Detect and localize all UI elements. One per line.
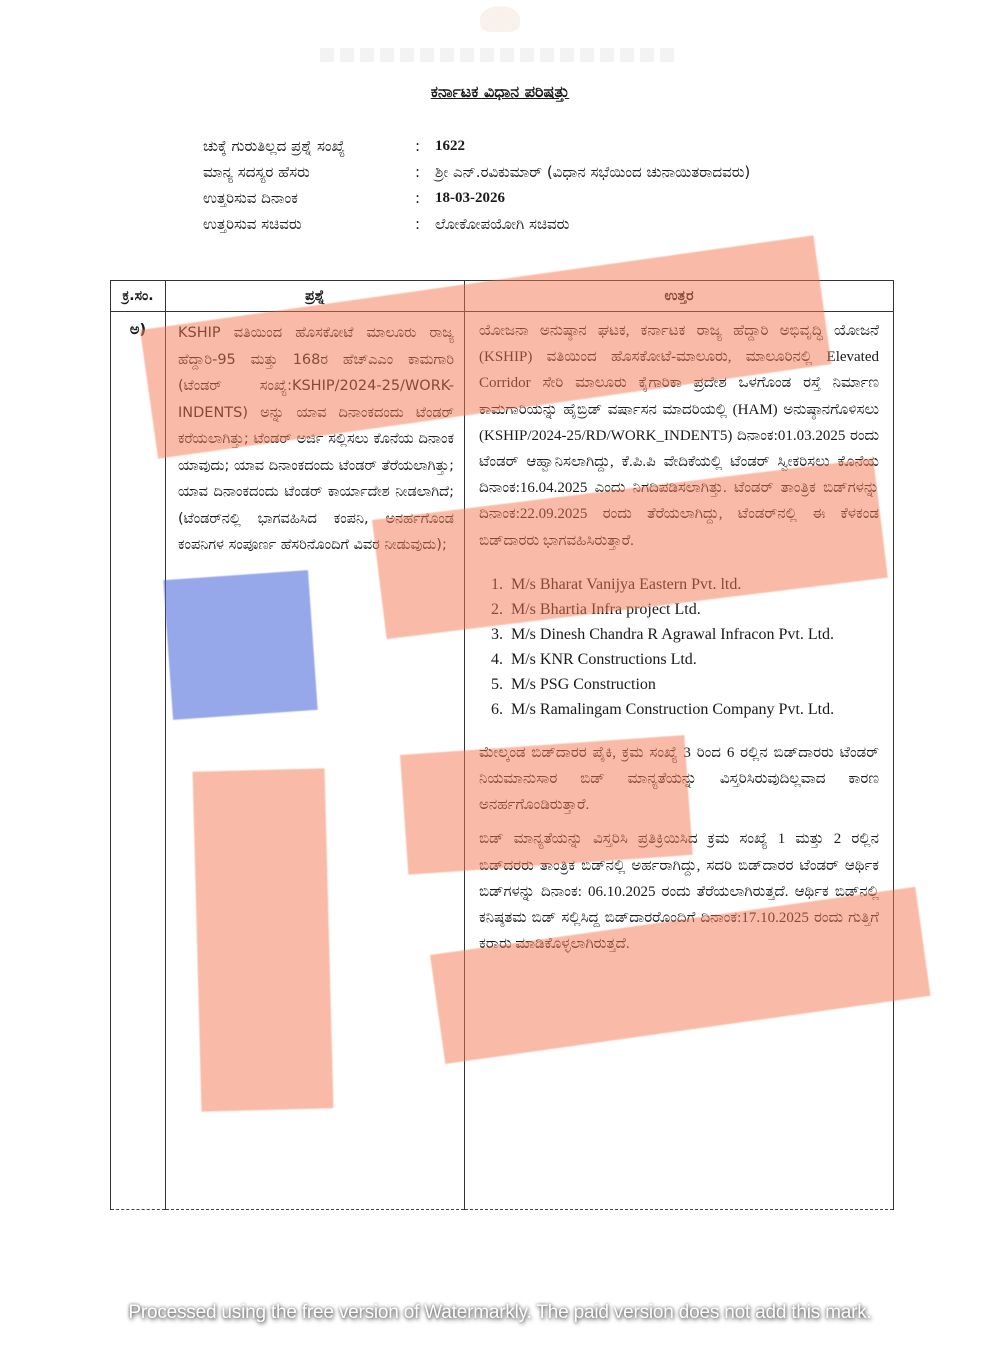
question-metadata: ಚುಕ್ಕೆ ಗುರುತಿಲ್ಲದ ಪ್ರಶ್ನೆ ಸಂಖ್ಯೆ : 1622 … xyxy=(203,133,750,237)
meta-separator: : xyxy=(415,137,435,155)
meta-value: 18-03-2026 xyxy=(435,190,505,207)
meta-separator: : xyxy=(415,189,435,207)
list-item: M/s Ramalingam Construction Company Pvt.… xyxy=(507,697,879,722)
faint-letterhead xyxy=(320,48,680,62)
emblem-icon xyxy=(480,6,520,32)
answer-intro: ಯೋಜನಾ ಅನುಷ್ಠಾನ ಘಟಕ, ಕರ್ನಾಟಕ ರಾಜ್ಯ ಹೆದ್ದಾ… xyxy=(479,318,879,554)
answer-conclusion: ಬಿಡ್ ಮಾನ್ಯತೆಯನ್ನು ವಿಸ್ತರಿಸಿ ಪ್ರತಿಕ್ರಿಯಿಸ… xyxy=(479,826,879,957)
meta-label: ಚುಕ್ಕೆ ಗುರುತಿಲ್ಲದ ಪ್ರಶ್ನೆ ಸಂಖ್ಯೆ xyxy=(203,137,415,155)
answer-disqualified: ಮೇಲ್ಕಂಡ ಬಿಡ್‌ದಾರರ ಪೈಕಿ, ಕ್ರಮ ಸಂಖ್ಯೆ 3 ರಿ… xyxy=(479,740,879,819)
question-answer-table: ಕ್ರ.ಸಂ. ಪ್ರಶ್ನೆ ಉತ್ತರ ಅ) KSHIP ವತಿಯಿಂದ ಹ… xyxy=(110,280,894,1210)
list-item: M/s Dinesh Chandra R Agrawal Infracon Pv… xyxy=(507,622,879,647)
meta-value: ಶ್ರೀ ಎನ್.ರವಿಕುಮಾರ್ (ವಿಧಾನ ಸಭೆಯಿಂದ ಚುನಾಯಿ… xyxy=(435,163,750,181)
meta-label: ಮಾನ್ಯ ಸದಸ್ಯರ ಹೆಸರು xyxy=(203,163,415,181)
header-answer: ಉತ್ತರ xyxy=(465,281,894,312)
meta-separator: : xyxy=(415,163,435,181)
meta-question-number: ಚುಕ್ಕೆ ಗುರುತಿಲ್ಲದ ಪ್ರಶ್ನೆ ಸಂಖ್ಯೆ : 1622 xyxy=(203,133,750,159)
serial-cell: ಅ) xyxy=(111,312,166,1210)
header-serial: ಕ್ರ.ಸಂ. xyxy=(111,281,166,312)
meta-label: ಉತ್ತರಿಸುವ ಸಚಿವರು xyxy=(203,215,415,233)
document-page: ಕರ್ನಾಟಕ ವಿಧಾನ ಪರಿಷತ್ತು ಚುಕ್ಕೆ ಗುರುತಿಲ್ಲದ… xyxy=(0,0,1000,1350)
meta-separator: : xyxy=(415,215,435,233)
table-row: ಅ) KSHIP ವತಿಯಿಂದ ಹೊಸಕೋಟೆ ಮಾಲೂರು ರಾಜ್ಯ ಹೆ… xyxy=(111,312,894,1210)
meta-label: ಉತ್ತರಿಸುವ ದಿನಾಂಕ xyxy=(203,189,415,207)
meta-value: 1622 xyxy=(435,138,465,155)
list-item: M/s Bharat Vanijya Eastern Pvt. ltd. xyxy=(507,572,879,597)
header-question: ಪ್ರಶ್ನೆ xyxy=(166,281,465,312)
list-item: M/s KNR Constructions Ltd. xyxy=(507,647,879,672)
meta-answer-date: ಉತ್ತರಿಸುವ ದಿನಾಂಕ : 18-03-2026 xyxy=(203,185,750,211)
watermark-text: Processed using the free version of Wate… xyxy=(0,1302,1000,1324)
meta-minister: ಉತ್ತರಿಸುವ ಸಚಿವರು : ಲೋಕೋಪಯೋಗಿ ಸಚಿವರು xyxy=(203,211,750,237)
list-item: M/s Bhartia Infra project Ltd. xyxy=(507,597,879,622)
bidder-list: M/s Bharat Vanijya Eastern Pvt. ltd. M/s… xyxy=(479,572,879,722)
meta-member-name: ಮಾನ್ಯ ಸದಸ್ಯರ ಹೆಸರು : ಶ್ರೀ ಎನ್.ರವಿಕುಮಾರ್ … xyxy=(203,159,750,185)
answer-cell: ಯೋಜನಾ ಅನುಷ್ಠಾನ ಘಟಕ, ಕರ್ನಾಟಕ ರಾಜ್ಯ ಹೆದ್ದಾ… xyxy=(465,312,894,1210)
table-header-row: ಕ್ರ.ಸಂ. ಪ್ರಶ್ನೆ ಉತ್ತರ xyxy=(111,281,894,312)
list-item: M/s PSG Construction xyxy=(507,672,879,697)
document-title: ಕರ್ನಾಟಕ ವಿಧಾನ ಪರಿಷತ್ತು xyxy=(0,82,1000,102)
question-cell: KSHIP ವತಿಯಿಂದ ಹೊಸಕೋಟೆ ಮಾಲೂರು ರಾಜ್ಯ ಹೆದ್ದ… xyxy=(166,312,465,1210)
meta-value: ಲೋಕೋಪಯೋಗಿ ಸಚಿವರು xyxy=(435,215,569,233)
